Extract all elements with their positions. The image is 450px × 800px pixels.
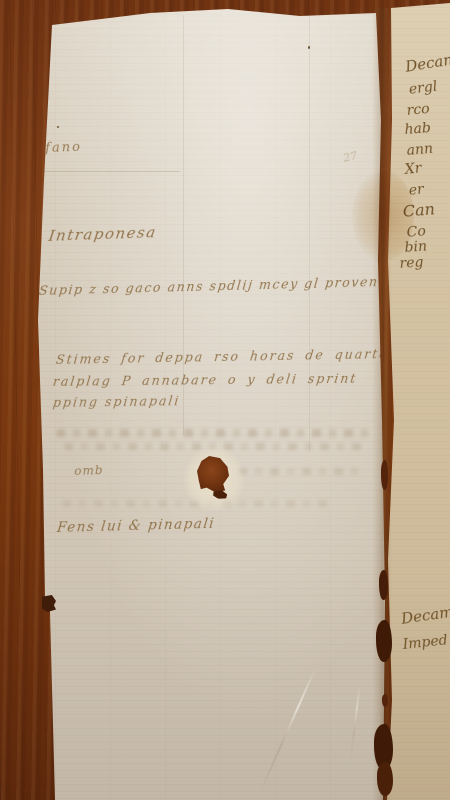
ruled-line (40, 171, 180, 172)
handwriting-entry-omb: omb (74, 463, 104, 478)
handwriting-entry-heading: Intraponesa (47, 223, 158, 245)
right-page-text-fragment: Decamy (400, 602, 450, 628)
vertical-fold-crease (183, 15, 184, 435)
handwriting-paragraph-line: Stimes for deppa rso horas de quarto (55, 346, 390, 367)
edge-tear (377, 762, 393, 796)
faint-ink-mark: 27 (342, 149, 358, 165)
handwriting-paragraph-line: ralplag P annabare o y deli sprint (52, 371, 358, 389)
right-page-text-fragment: Decam (404, 50, 450, 76)
handwriting-entry-long-line: Supip z so gaco anns spdlij mcey gl prov… (38, 274, 386, 298)
right-page-text-fragment: Xr (404, 160, 422, 178)
right-page-text-fragment: hab (404, 120, 431, 138)
right-page-text-fragment: Imped (402, 632, 448, 653)
edge-tear (379, 570, 388, 600)
right-page-text-fragment: er (408, 181, 425, 198)
right-page-text-fragment: reg (399, 254, 424, 272)
handwriting-paragraph-line: pping spinapali (52, 393, 181, 410)
right-page-text-fragment: bin (404, 238, 428, 256)
diagonal-crease (349, 686, 360, 762)
vertical-fold-crease (309, 12, 310, 452)
right-page-text-fragment: rco (406, 101, 430, 119)
handwriting-entry-fano: fano (45, 140, 82, 156)
handwriting-entry-fens: Fens lui & pinapali (56, 516, 216, 536)
diagonal-crease (258, 668, 316, 797)
right-page-text-fragment: ann (406, 141, 434, 159)
edge-tear (381, 460, 388, 490)
ink-speck (308, 46, 310, 49)
bleedthrough-text-ghost (56, 429, 374, 437)
right-page-text-fragment: ergl (408, 79, 438, 98)
ink-speck (57, 126, 59, 128)
edge-tear (376, 620, 392, 662)
edge-tear (382, 694, 388, 707)
bleedthrough-text-ghost (238, 468, 366, 475)
right-page-text-fragment: Can (402, 199, 436, 221)
manuscript-photograph: Decam ergl rco hab ann Xr er Can Co bin … (0, 0, 450, 800)
